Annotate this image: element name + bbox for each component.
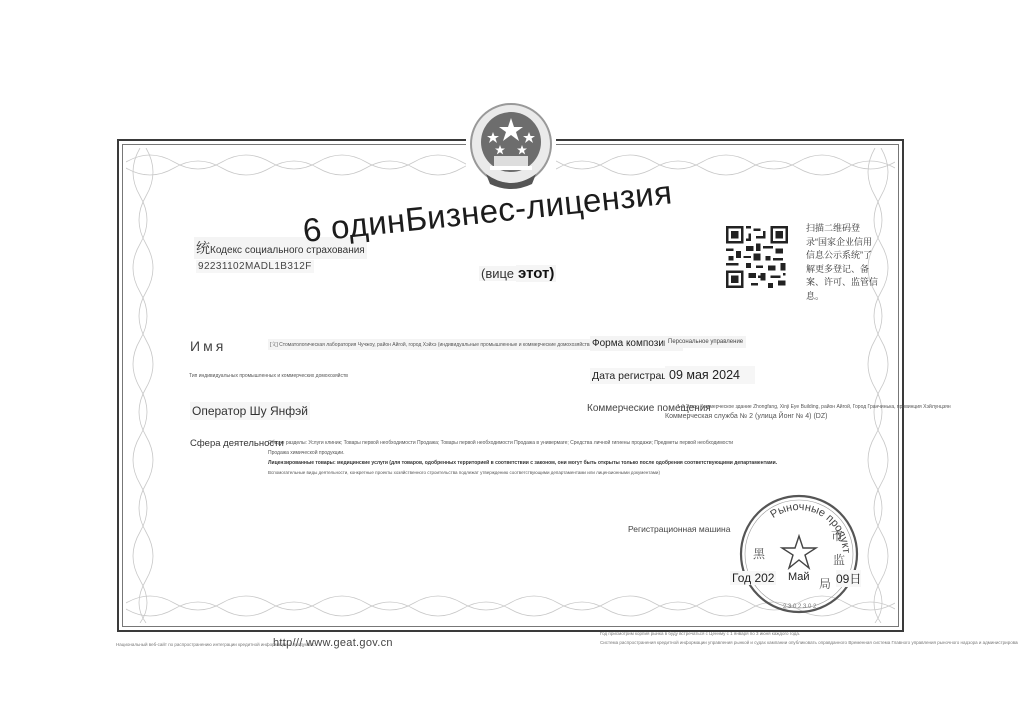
name-label: Имя [190,338,226,354]
issue-year: Год 202 [730,571,776,585]
social-code-glyph: 统 [196,240,210,256]
scope-line: Продажа химической продукции. [268,448,638,458]
footer-url-link[interactable]: http/// www.geat.gov.cn [273,637,393,649]
svg-text:2 3 0 2 3 0 2: 2 3 0 2 3 0 2 [783,604,817,610]
registration-authority-label: Регистрационная машина [628,524,730,534]
social-code-label-text: Кодекс социального страхования [210,245,365,256]
national-emblem-icon [466,100,556,192]
svg-text:黑: 黑 [753,547,766,561]
svg-text:监: 监 [833,552,845,567]
svg-text:局: 局 [819,577,831,591]
premises-address-line1: 1-й Этаж, Коммерческое здание Zhongfang,… [677,404,951,410]
document-subtitle-bold: этот) [516,265,556,282]
qr-code-icon [726,226,788,288]
registration-date-value: 09 мая 2024 [665,366,755,384]
premises-address-line2: Коммерческая служба № 2 (улица Йонг № 4)… [665,413,827,420]
entity-type-text: Тип индивидуальных промышленных и коммер… [189,373,348,379]
name-value: [文] Стоматологическая лаборатория Чучжоу… [268,339,596,350]
social-credit-code-value: 92231102MADL1B312F [196,260,314,273]
composition-form-value: Персональное управление [665,336,746,348]
scope-line: Вспомогательные виды деятельности, конкр… [268,468,638,478]
operator-value: Оператор Шу Янфэй [190,402,310,420]
issue-month: Май [788,571,810,583]
footer-right-note-2: Система распространения кредитной информ… [600,640,1018,645]
qr-caption: 扫描二维码登录“国家企业信用信息公示系统”了解更多登记、备案、许可、监管信息。 [806,222,880,303]
business-scope-text: Общие разделы: Услуги клиник; Товары пер… [268,438,638,478]
issue-day: 09日 [836,570,861,587]
document-subtitle-paren: (вице [479,266,516,281]
svg-text:市: 市 [831,529,843,543]
official-seal-icon: Рыночные продукты 黑 市 监 局 2 3 0 2 3 0 2 [733,488,865,620]
footer-right-note-1: Год присмотрим корпия рынка в буду встре… [600,631,800,636]
scope-line: Лицензированные товары: медицинские услу… [268,458,638,468]
scope-line: Общие разделы: Услуги клиник; Товары пер… [268,438,638,448]
